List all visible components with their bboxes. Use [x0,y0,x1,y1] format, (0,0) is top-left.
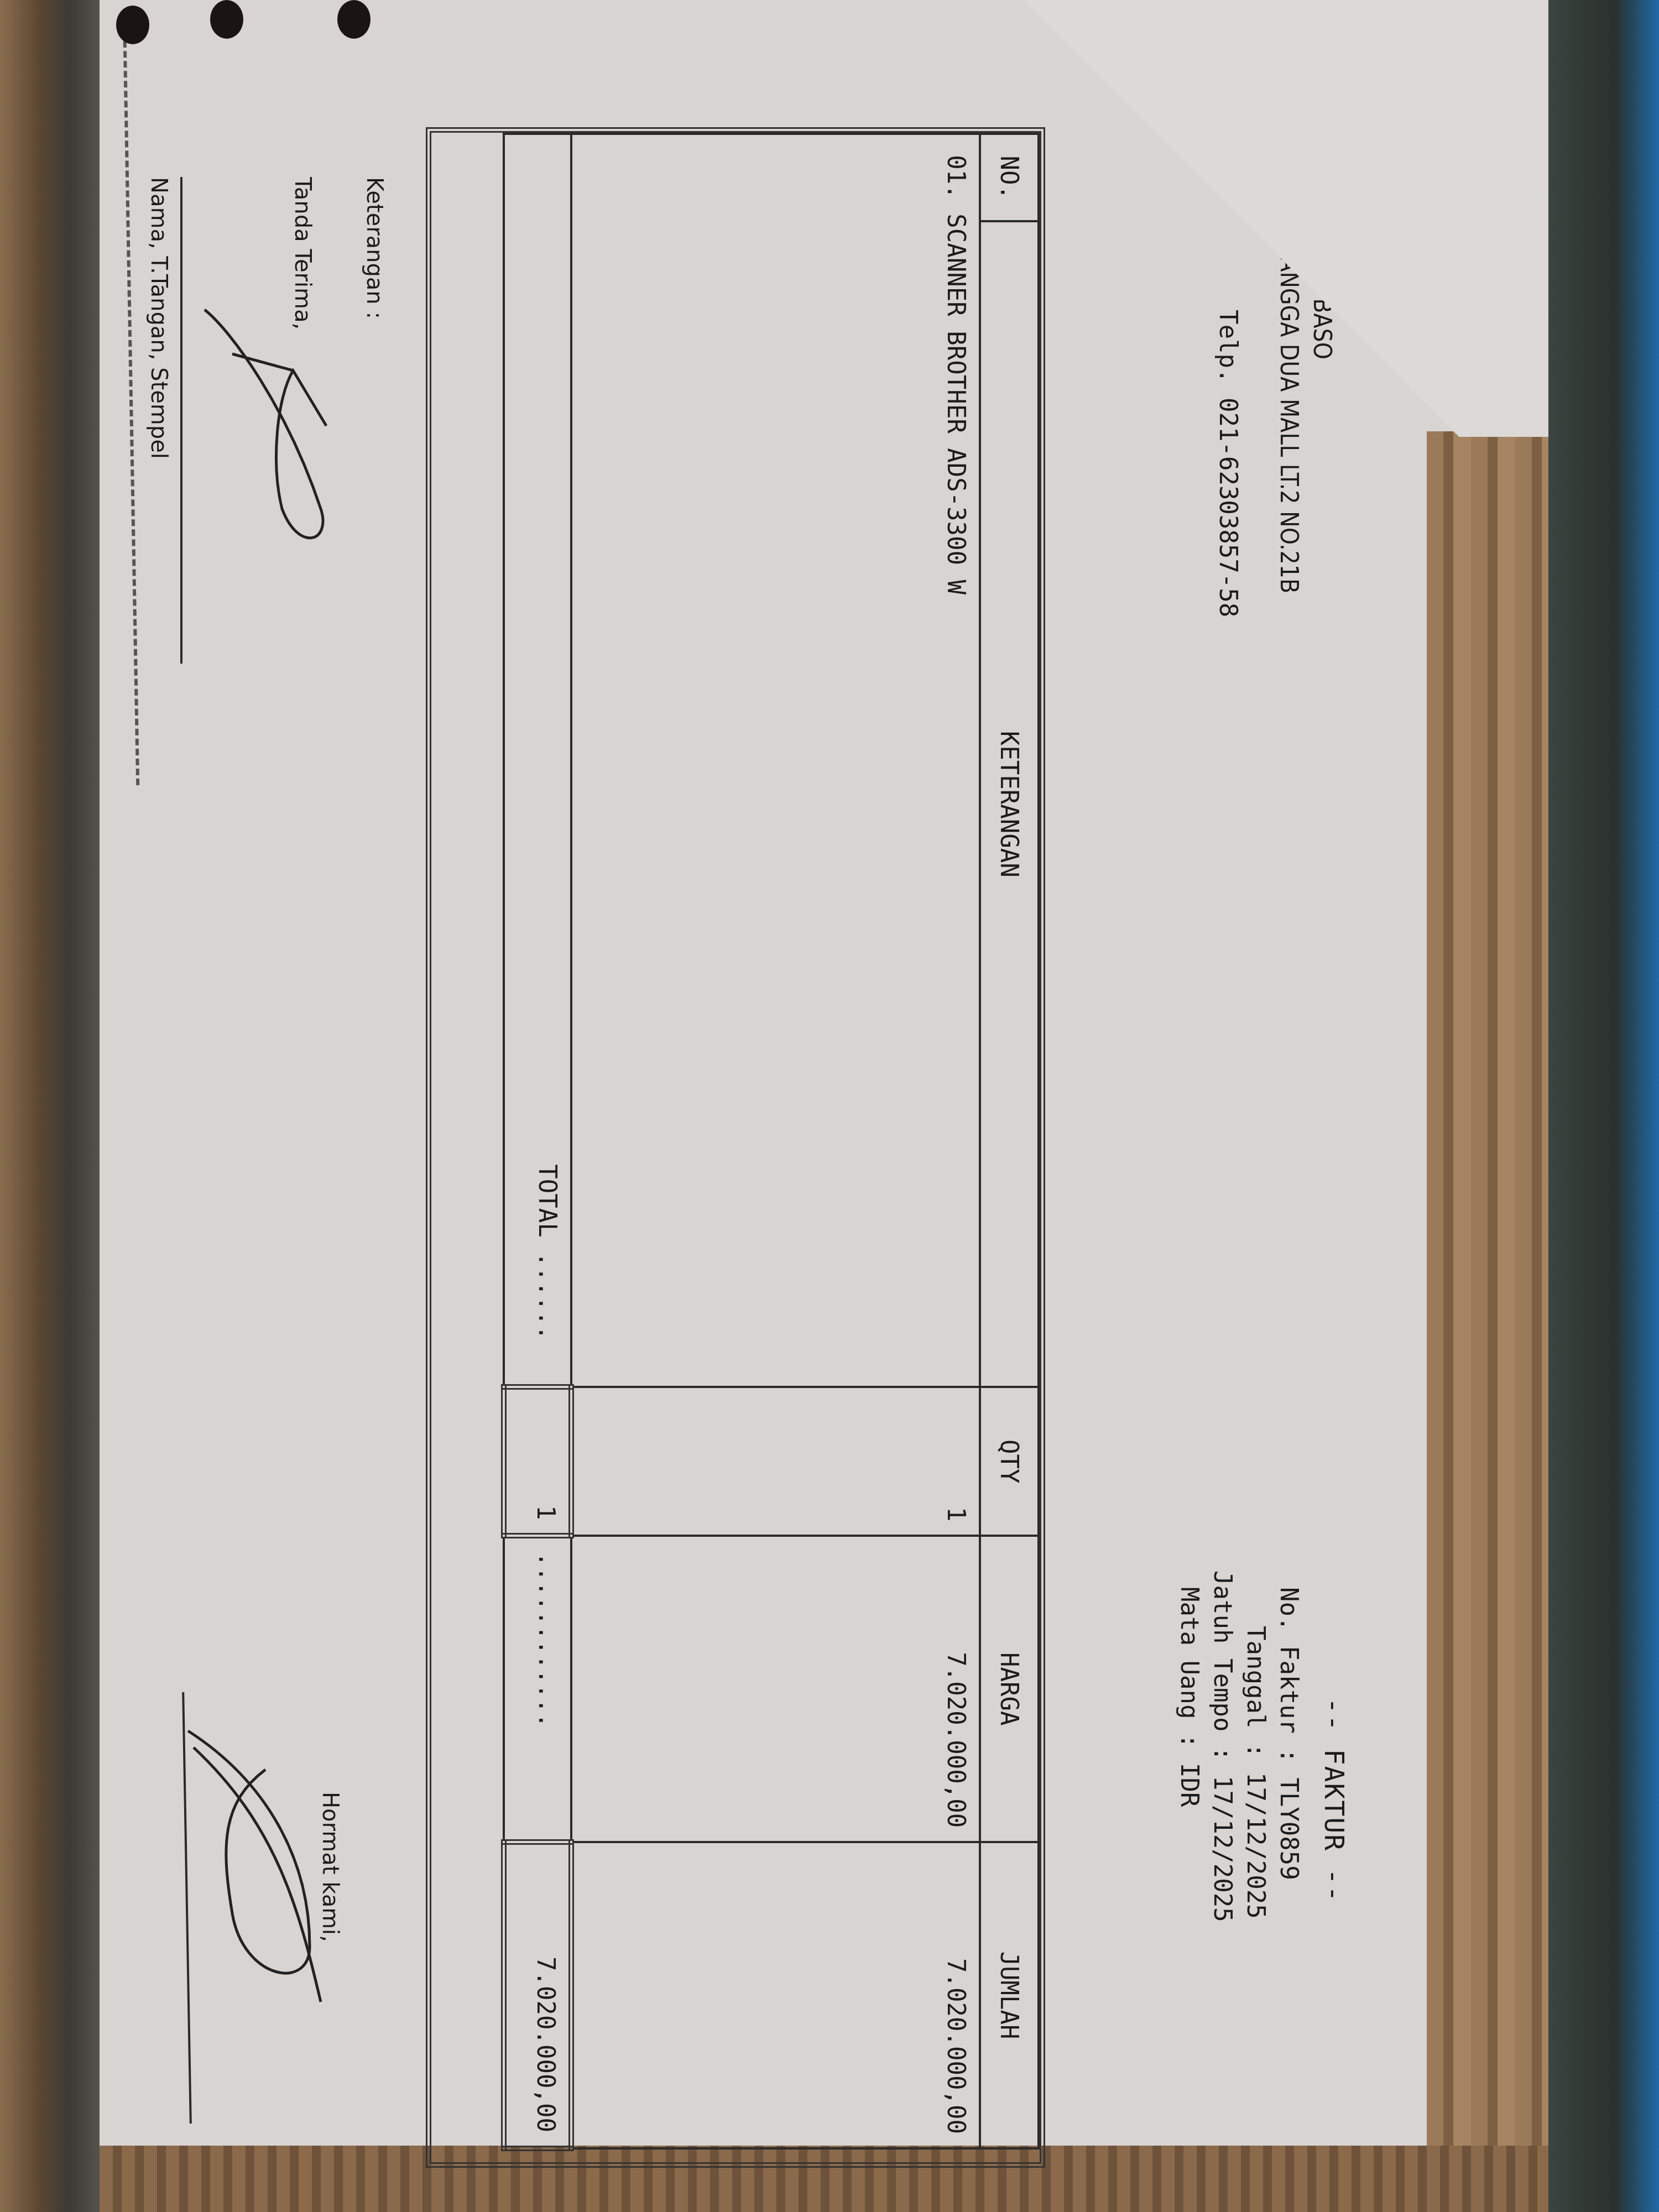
punch-hole [337,0,371,39]
header-no: NO. [980,134,1039,221]
meta-row-mata-uang: Mata Uang : IDR [1172,1587,1206,1922]
receiver-signature [188,299,343,575]
keterangan-label: Keterangan : [362,177,387,319]
header-qty: QTY [980,1387,1039,1536]
device-frame-right [1548,0,1659,2212]
row-description: SCANNER BROTHER ADS-3300 W [942,213,970,594]
cell-jumlah: 7.020.000,00 [571,1842,980,2148]
receiver-caption: Nama, T.Tangan, Stempel [146,177,171,459]
cell-harga: 7.020.000,00 [571,1536,980,1842]
perforation-line [123,11,139,785]
meta-row-faktur: No. Faktur : TLY0859 [1272,1587,1305,1922]
meta-row-jatuh-tempo: Jatuh Tempo : 17/12/2025 [1206,1571,1239,1922]
header-harga: HARGA [980,1536,1039,1842]
punch-hole [210,0,243,39]
invoice-title: -- FAKTUR -- [1318,1698,1349,1903]
receiver-signature-line [180,177,182,664]
meta-value: TLY0859 [1275,1777,1303,1880]
items-table: NO. KETERANGAN QTY HARGA JUMLAH 01. SCAN… [501,133,1040,2151]
meta-row-tanggal: Tanggal : 17/12/2025 [1239,1587,1272,1922]
meta-value: 17/12/2025 [1241,1772,1270,1919]
meta-label: Jatuh Tempo [1208,1571,1237,1731]
invoice-meta: No. Faktur : TLY0859 Tanggal : 17/12/202… [1172,1587,1305,1922]
invoice-document: -- FAKTUR -- No. Faktur : TLY0859 Tangga… [33,11,1416,2168]
punch-hole [116,6,149,44]
table-row: 01. SCANNER BROTHER ADS-3300 W 1 7.020.0… [571,134,980,2148]
total-row: TOTAL ...... 1 ............ 7.020.000,00 [504,134,571,2148]
meta-value: IDR [1175,1763,1203,1807]
meta-value: 17/12/2025 [1208,1776,1237,1922]
header-keterangan: KETERANGAN [980,221,1039,1387]
row-number: 01. [942,155,970,199]
meta-label: Mata Uang [1175,1587,1203,1719]
meta-label: Tanggal [1241,1626,1270,1728]
cell-qty: 1 [571,1387,980,1536]
meta-label: No. Faktur [1275,1587,1303,1734]
total-qty: 1 [504,1387,571,1536]
total-label: TOTAL ...... [504,134,571,1387]
cell-keterangan: 01. SCANNER BROTHER ADS-3300 W [571,221,980,1387]
sender-signature [177,1714,332,2024]
total-dots: ............ [504,1536,571,1842]
header-jumlah: JUMLAH [980,1842,1039,2148]
total-amount: 7.020.000,00 [504,1842,571,2148]
customer-phone: Telp. 021-62303857-58 [1211,310,1244,617]
cell-no [571,134,980,221]
table-header-row: NO. KETERANGAN QTY HARGA JUMLAH [980,134,1039,2148]
